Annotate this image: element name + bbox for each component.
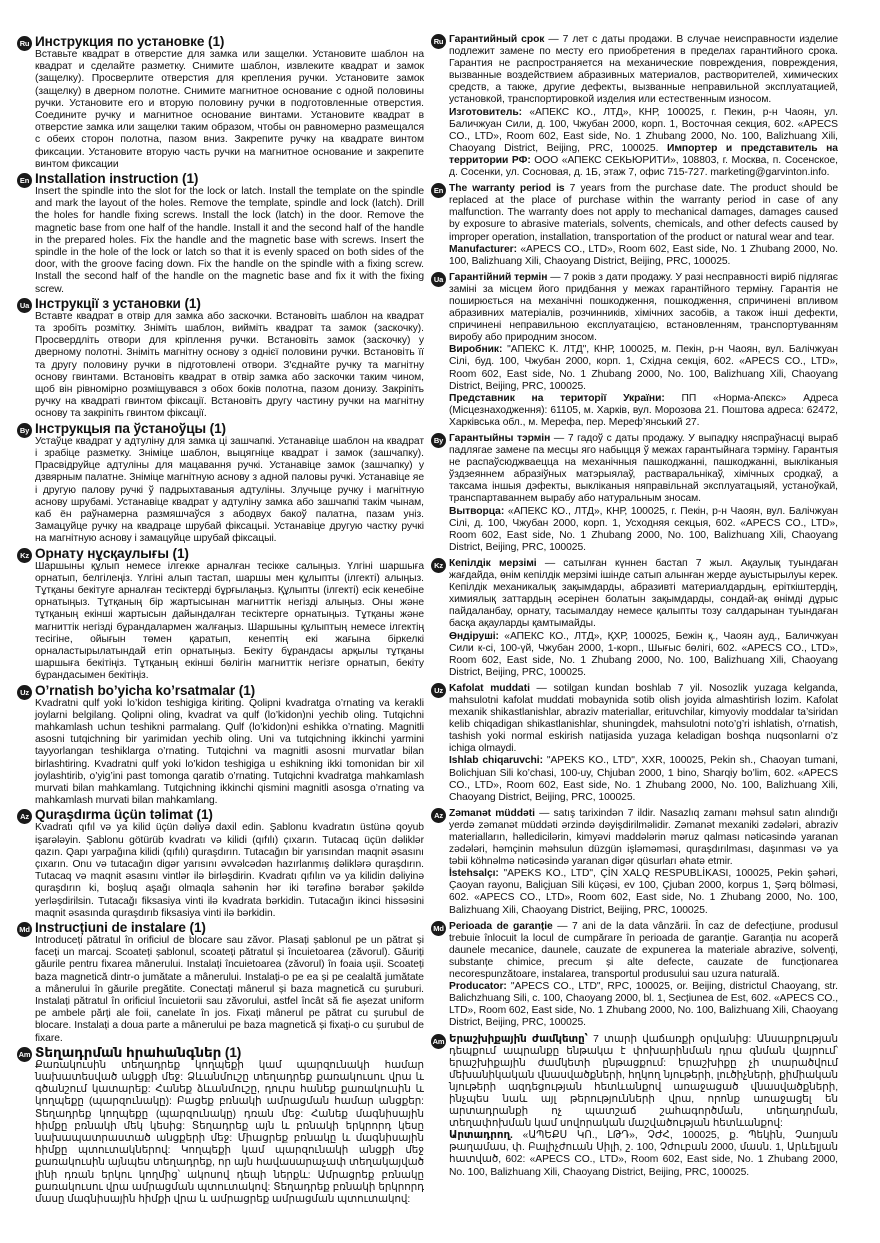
section-text: Вставте квадрат в отвір для замка або за… — [35, 311, 424, 421]
install-section-by: By Інструкцыя па ўстаноўцы (1) Устаўце к… — [17, 421, 424, 546]
manufacturer-label: Виробник: — [449, 344, 502, 355]
installation-instructions-column: Ru Инструкция по установке (1) Вставьте … — [17, 34, 424, 1206]
warranty-section-en: En The warranty period is 7 years from t… — [431, 183, 838, 268]
section-title: Інструкцыя па ўстаноўцы (1) — [35, 421, 424, 436]
warranty-text: Zəmanət müddəti — satış tarixindən 7 ild… — [449, 808, 838, 868]
warranty-lead: Кепілдік мерзімі — [449, 558, 537, 569]
warranty-section-ua: Ua Гарантійний термін — 7 років з дати п… — [431, 272, 838, 429]
warranty-text: Kafolat muddati — sotilgan kundan boshla… — [449, 683, 838, 756]
manufacturer-label: Вытворца: — [449, 506, 504, 517]
manufacturer-text: Producator: "APECS CO., LTD", RPC, 10002… — [449, 981, 838, 1029]
language-badge-icon: Md — [17, 922, 32, 937]
section-text: Kvadratı qıfıl və ya kilid üçün dəliyə d… — [35, 822, 424, 920]
manufacturer-text: Արտադրող. «ԱՊԵՔՍ ԿՈ., ԼԹԴ», ՉԺՀ, 100025,… — [449, 1130, 838, 1178]
warranty-section-md: Md Perioada de garanție — 7 ani de la da… — [431, 921, 838, 1030]
warranty-section-kz: Kz Кепілдік мерзімі — сатылған күннен ба… — [431, 558, 838, 679]
warranty-text: Гарантійний термін — 7 років з дати прод… — [449, 272, 838, 345]
install-section-md: Md Instrucțiuni de instalare (1) Introdu… — [17, 920, 424, 1045]
language-badge-icon: En — [17, 173, 32, 188]
warranty-text: Гарантийный срок — 7 лет с даты продажи.… — [449, 34, 838, 107]
section-title: Installation instruction (1) — [35, 171, 424, 186]
install-section-en: En Installation instruction (1) Insert t… — [17, 171, 424, 296]
language-badge-icon: En — [431, 183, 446, 198]
manufacturer-label: Изготовитель: — [449, 107, 522, 118]
section-text: Шаршыны құлып немесе ілгекке арналған те… — [35, 561, 424, 683]
language-badge-icon: Az — [431, 808, 446, 823]
section-text: Insert the spindle into the slot for the… — [35, 186, 424, 296]
section-text: Устаўце квадрат у адтуліну для замка ці … — [35, 436, 424, 546]
install-section-ru: Ru Инструкция по установке (1) Вставьте … — [17, 34, 424, 171]
manufacturer-label: Manufacturer: — [449, 244, 517, 255]
warranty-section-by: By Гарантыйны тэрмін — 7 гадоў с даты пр… — [431, 433, 838, 554]
manufacturer-address: «АПЕКС КО., ЛТД», КНР, 100025, г. Пекін,… — [449, 506, 838, 553]
manufacturer-text: Изготовитель: «АПЕКС КО., ЛТД», КНР, 100… — [449, 107, 838, 180]
warranty-section-ru: Ru Гарантийный срок — 7 лет с даты прода… — [431, 34, 838, 179]
section-title: O’rnatish bo’yicha ko’rsatmalar (1) — [35, 683, 424, 698]
manufacturer-text: Manufacturer: «APECS CO., LTD», Room 602… — [449, 244, 838, 268]
language-badge-icon: Kz — [17, 548, 32, 563]
manufacturer-address: «АПЕКС КО., ЛТД», ҚХР, 100025, Бежін қ.,… — [449, 631, 838, 678]
install-section-az: Az Quraşdırma üçün təlimat (1) Kvadratı … — [17, 807, 424, 920]
language-badge-icon: Ua — [431, 272, 446, 287]
install-section-am: Am Տեղադրման հրահանգներ (1) Քառակուսին տ… — [17, 1045, 424, 1206]
language-badge-icon: Ua — [17, 298, 32, 313]
manufacturer-label: Արտադրող. — [449, 1130, 513, 1141]
warranty-lead: Гарантійний термін — [449, 272, 547, 283]
language-badge-icon: Ru — [431, 34, 446, 49]
warranty-text: The warranty period is 7 years from the … — [449, 183, 838, 243]
warranty-lead: Гарантыйны тэрмін — [449, 433, 550, 444]
warranty-text: Perioada de garanție — 7 ani de la data … — [449, 921, 838, 981]
manufacturer-text: Өндіруші: «АПЕКС КО., ЛТД», ҚХР, 100025,… — [449, 631, 838, 679]
warranty-column: Ru Гарантийный срок — 7 лет с даты прода… — [431, 34, 838, 1183]
section-title: Instrucțiuni de instalare (1) — [35, 920, 424, 935]
section-title: Інструкції з установки (1) — [35, 296, 424, 311]
manufacturer-address: "АПЕКС К. ЛТД", КНР, 100025, м. Пекін, р… — [449, 344, 838, 391]
warranty-lead: Гарантийный срок — [449, 34, 544, 45]
section-title: Տեղադրման հրահանգներ (1) — [35, 1045, 424, 1060]
warranty-section-uz: Uz Kafolat muddati — sotilgan kundan bos… — [431, 683, 838, 804]
manufacturer-address: "APECS CO., LTD", RPC, 100025, or. Beiji… — [449, 981, 838, 1028]
section-text: Քառակուսին տեղադրեք կողպեքի կամ պարզունա… — [35, 1060, 424, 1206]
warranty-lead: Zəmanət müddəti — [449, 808, 535, 819]
manufacturer-label: İstehsalçı: — [449, 868, 499, 879]
section-text: Introduceți pătratul în orificiul de blo… — [35, 935, 424, 1045]
warranty-lead: The warranty period is — [449, 183, 565, 194]
section-title: Орнату нұсқаулығы (1) — [35, 546, 424, 561]
warranty-text: Кепілдік мерзімі — сатылған күннен баста… — [449, 558, 838, 631]
section-title: Инструкция по установке (1) — [35, 34, 424, 49]
manufacturer-text: Вытворца: «АПЕКС КО., ЛТД», КНР, 100025,… — [449, 506, 838, 554]
language-badge-icon: By — [431, 433, 446, 448]
language-badge-icon: Am — [17, 1047, 32, 1062]
language-badge-icon: Ru — [17, 36, 32, 51]
warranty-section-am: Am Երաշխիքային ժամկետը՝ 7 տարի վաճառքի օ… — [431, 1034, 838, 1179]
language-badge-icon: By — [17, 423, 32, 438]
install-section-ua: Ua Інструкції з установки (1) Вставте кв… — [17, 296, 424, 421]
warranty-lead: Երաշխիքային ժամկետը՝ — [449, 1034, 588, 1045]
representative-text: Представник на території України: ПП «Но… — [449, 393, 838, 429]
manufacturer-text: İstehsalçı: "APEKS KO., LTD", ÇİN XALQ R… — [449, 868, 838, 916]
warranty-lead: Kafolat muddati — [449, 683, 530, 694]
manufacturer-label: Ishlab chiqaruvchi: — [449, 755, 543, 766]
language-badge-icon: Uz — [17, 685, 32, 700]
warranty-text: Երաշխիքային ժամկետը՝ 7 տարի վաճառքի օրվա… — [449, 1034, 838, 1131]
section-text: Kvadratni qulf yoki lo’kidon teshigiga k… — [35, 698, 424, 808]
representative-label: Представник на території України: — [449, 393, 665, 404]
warranty-body: 7 տարի վաճառքի օրվանից: Անսարքության դեպ… — [449, 1034, 838, 1130]
manufacturer-text: Ishlab chiqaruvchi: "APEKS KO., LTD", XX… — [449, 755, 838, 803]
language-badge-icon: Az — [17, 809, 32, 824]
manufacturer-label: Өндіруші: — [449, 631, 499, 642]
manufacturer-text: Виробник: "АПЕКС К. ЛТД", КНР, 100025, м… — [449, 344, 838, 392]
manufacturer-address: "APEKS KO., LTD", ÇİN XALQ RESPUBLİKASI,… — [449, 868, 838, 915]
warranty-text: Гарантыйны тэрмін — 7 гадоў с даты прода… — [449, 433, 838, 506]
warranty-section-az: Az Zəmanət müddəti — satış tarixindən 7 … — [431, 808, 838, 917]
install-section-kz: Kz Орнату нұсқаулығы (1) Шаршыны құлып н… — [17, 546, 424, 683]
manufacturer-label: Producator: — [449, 981, 507, 992]
section-title: Quraşdırma üçün təlimat (1) — [35, 807, 424, 822]
language-badge-icon: Am — [431, 1034, 446, 1049]
install-section-uz: Uz O’rnatish bo’yicha ko’rsatmalar (1) K… — [17, 683, 424, 808]
section-text: Вставьте квадрат в отверстие для замка и… — [35, 49, 424, 171]
language-badge-icon: Md — [431, 921, 446, 936]
warranty-lead: Perioada de garanție — [449, 921, 553, 932]
language-badge-icon: Uz — [431, 683, 446, 698]
language-badge-icon: Kz — [431, 558, 446, 573]
